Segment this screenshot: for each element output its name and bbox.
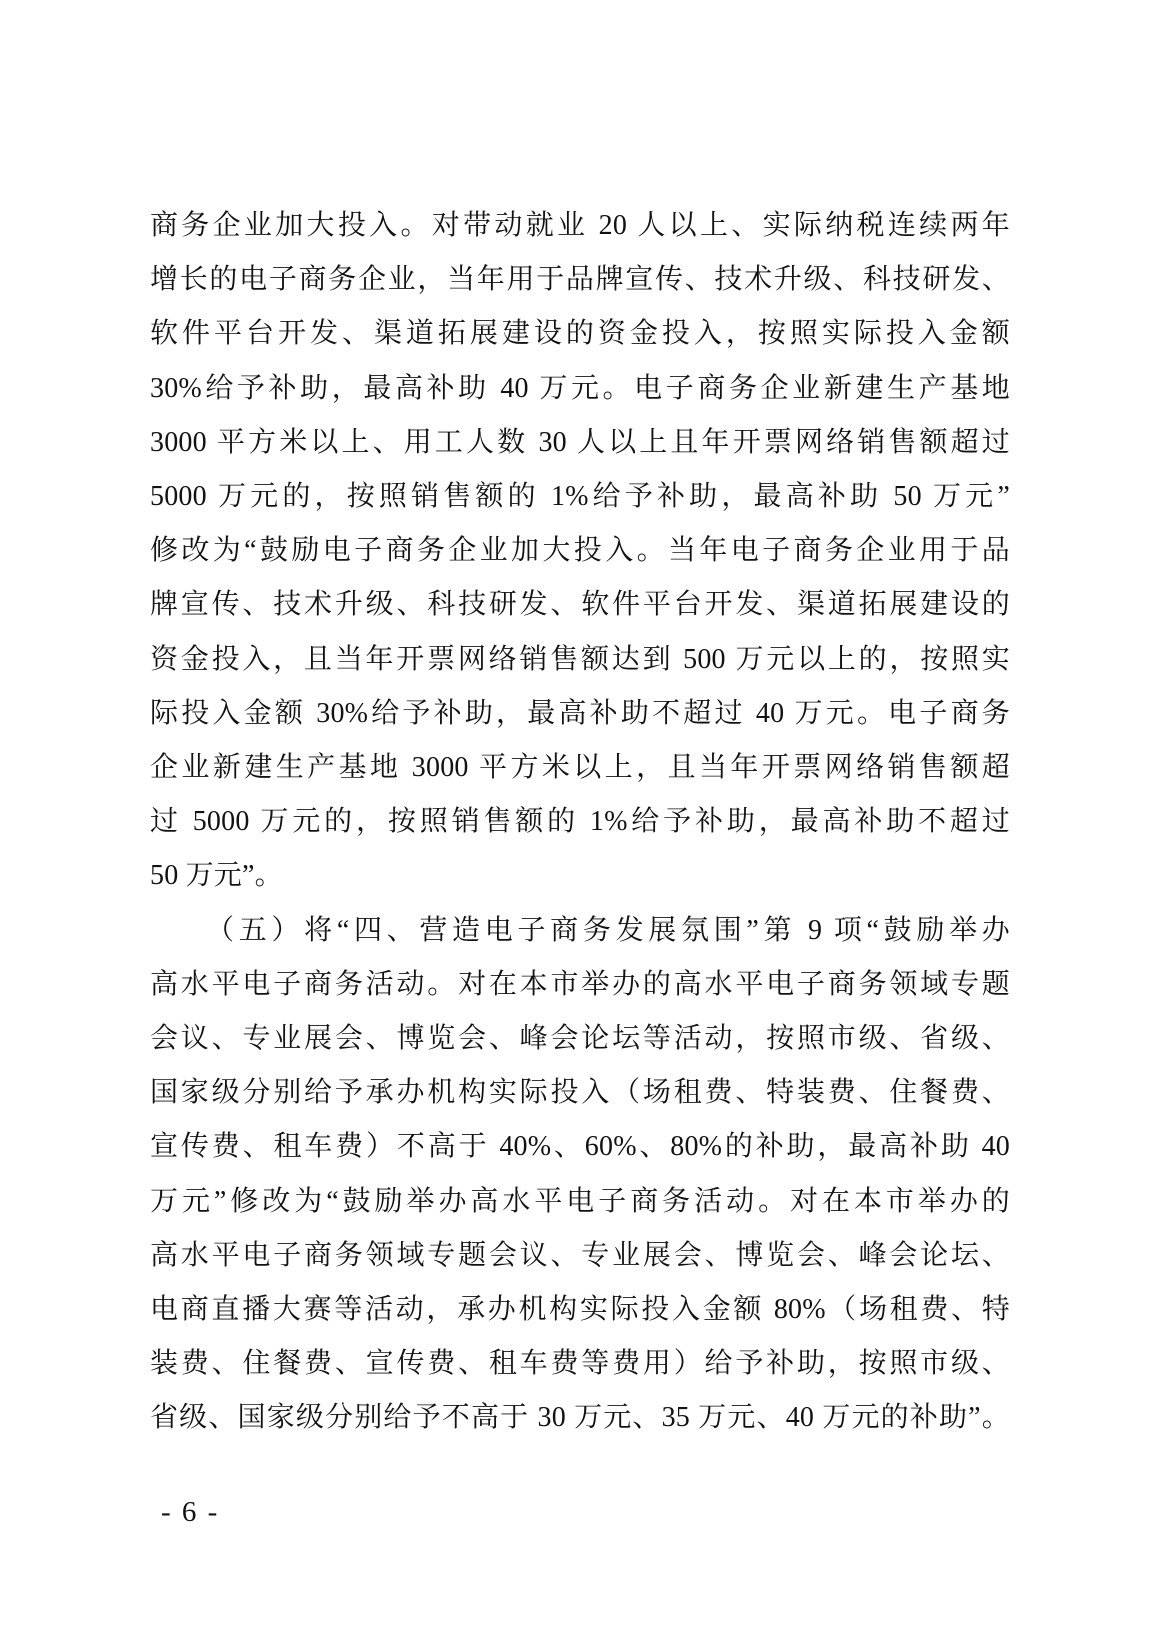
text-line: 电商直播大赛等活动，承办机构实际投入金额 80%（场租费、特 <box>150 1283 1010 1337</box>
text-line: 国家级分别给予承办机构实际投入（场租费、特装费、住餐费、 <box>150 1066 1010 1120</box>
text-line: 5000 万元的，按照销售额的 1%给予补助，最高补助 50 万元” <box>150 470 1010 524</box>
text-line: 商务企业加大投入。对带动就业 20 人以上、实际纳税连续两年 <box>150 199 1010 253</box>
text-line: 30%给予补助，最高补助 40 万元。电子商务企业新建生产基地 <box>150 362 1010 416</box>
text-line: 高水平电子商务领域专题会议、专业展会、博览会、峰会论坛、 <box>150 1229 1010 1283</box>
text-line: 增长的电子商务企业，当年用于品牌宣传、技术升级、科技研发、 <box>150 253 1010 307</box>
text-line: 过 5000 万元的，按照销售额的 1%给予补助，最高补助不超过 <box>150 795 1010 849</box>
text-line: 牌宣传、技术升级、科技研发、软件平台开发、渠道拓展建设的 <box>150 578 1010 632</box>
document-page: 商务企业加大投入。对带动就业 20 人以上、实际纳税连续两年 增长的电子商务企业… <box>0 0 1158 1637</box>
page-number: - 6 - <box>161 1496 219 1528</box>
text-line: （五）将“四、营造电子商务发展氛围”第 9 项“鼓励举办 <box>150 904 1010 958</box>
text-line: 企业新建生产基地 3000 平方米以上，且当年开票网络销售额超 <box>150 741 1010 795</box>
text-line: 修改为“鼓励电子商务企业加大投入。当年电子商务企业用于品 <box>150 524 1010 578</box>
text-line: 省级、国家级分别给予不高于 30 万元、35 万元、40 万元的补助”。 <box>150 1391 1010 1445</box>
text-line: 资金投入，且当年开票网络销售额达到 500 万元以上的，按照实 <box>150 633 1010 687</box>
text-line: 会议、专业展会、博览会、峰会论坛等活动，按照市级、省级、 <box>150 1012 1010 1066</box>
text-line: 装费、住餐费、宣传费、租车费等费用）给予补助，按照市级、 <box>150 1337 1010 1391</box>
text-line: 际投入金额 30%给予补助，最高补助不超过 40 万元。电子商务 <box>150 687 1010 741</box>
document-body: 商务企业加大投入。对带动就业 20 人以上、实际纳税连续两年 增长的电子商务企业… <box>150 199 1010 1446</box>
text-line: 高水平电子商务活动。对在本市举办的高水平电子商务领域专题 <box>150 958 1010 1012</box>
text-line: 宣传费、租车费）不高于 40%、60%、80%的补助，最高补助 40 <box>150 1120 1010 1174</box>
text-line: 软件平台开发、渠道拓展建设的资金投入，按照实际投入金额 <box>150 307 1010 361</box>
text-line: 3000 平方米以上、用工人数 30 人以上且年开票网络销售额超过 <box>150 416 1010 470</box>
text-line: 万元”修改为“鼓励举办高水平电子商务活动。对在本市举办的 <box>150 1175 1010 1229</box>
text-line: 50 万元”。 <box>150 849 1010 903</box>
